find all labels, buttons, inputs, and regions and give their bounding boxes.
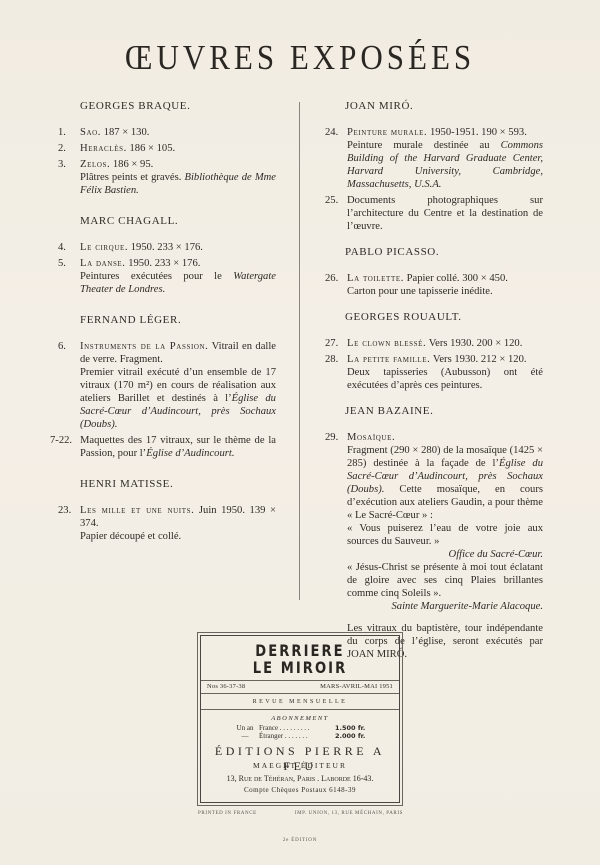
postal-account: Compte Chèques Postaux 6148-39 (201, 786, 399, 794)
entry-number: 28. (325, 353, 338, 366)
artwork-entry: 29.Mosaïque. Fragment (290 × 280) de la … (325, 431, 543, 661)
edition-label: 2e ÉDITION (0, 838, 600, 843)
colophon-box: DERRIERE LE MIROIR Nos 36-37-38 MARS-AVR… (197, 632, 403, 806)
artwork-entry: 26.La toilette. Papier collé. 300 × 450.… (325, 272, 543, 298)
artwork-details: 187 × 130. (101, 127, 149, 138)
artwork-details: Papier collé. 300 × 450. (404, 273, 508, 284)
entry-number: 2. (58, 142, 66, 155)
artwork-title: Peinture murale. (347, 127, 427, 138)
artwork-title: Les mille et une nuits. (80, 505, 194, 516)
artist-heading: PABLO PICASSO. (345, 246, 543, 259)
artwork-note: Deux tapisseries (Aubusson) ont été exéc… (347, 366, 543, 392)
artwork-title: La toilette. (347, 273, 404, 284)
right-column: JOAN MIRÓ. 24.Peinture murale. 1950-1951… (325, 100, 543, 664)
revue-label: REVUE MENSUELLE (201, 699, 399, 705)
artist-heading: JOAN MIRÓ. (345, 100, 543, 113)
quotation-attribution: Office du Sacré-Cœur. (347, 548, 543, 561)
artwork-entry: 6.Instruments de la Passion. Vitrail en … (58, 340, 276, 431)
artwork-note: Papier découpé et collé. (80, 530, 276, 543)
artwork-entry: 2.Heraclès. 186 × 105. (58, 142, 276, 155)
artwork-note: Plâtres peints et gravés. Bibliothèque d… (80, 171, 276, 197)
artwork-title: La petite famille. (347, 354, 430, 365)
artist-heading: JEAN BAZAINE. (345, 405, 543, 418)
artwork-title: Le clown blessé. (347, 338, 426, 349)
artwork-title: La danse. (80, 258, 126, 269)
artwork-entry: 25.Documents photographiques sur l’archi… (325, 194, 543, 233)
rule (201, 709, 399, 710)
subscription-row: — Étranger . . . . . . . 2.000 fr. (231, 732, 379, 740)
entry-number: 29. (325, 431, 338, 444)
artwork-title: Mosaïque. (347, 432, 395, 443)
artwork-entry: 23.Les mille et une nuits. Juin 1950. 13… (58, 504, 276, 543)
artist-heading: GEORGES ROUAULT. (345, 311, 543, 324)
entry-number: 27. (325, 337, 338, 350)
entry-number: 3. (58, 158, 66, 171)
artwork-details: 1950. 233 × 176. (126, 258, 201, 269)
artwork-entry: 7-22.Maquettes des 17 vitraux, sur le th… (58, 434, 276, 460)
entry-number: 5. (58, 257, 66, 270)
artwork-entry: 27.Le clown blessé. Vers 1930. 200 × 120… (325, 337, 543, 350)
artwork-note: Fragment (290 × 280) de la mosaïque (142… (347, 444, 543, 522)
issue-numbers: Nos 36-37-38 (207, 683, 245, 690)
subscription-row: Un an France . . . . . . . . . 1.500 fr. (231, 724, 379, 732)
issue-info: Nos 36-37-38 MARS-AVRIL-MAI 1951 (207, 683, 393, 690)
artwork-note: Premier vitrail exécuté d’un ensemble de… (80, 366, 276, 431)
rule (201, 680, 399, 681)
artwork-title: Le cirque. (80, 242, 128, 253)
entry-number: 25. (325, 194, 338, 207)
masthead: DERRIERE LE MIROIR (219, 642, 381, 676)
artwork-entry: 4.Le cirque. 1950. 233 × 176. (58, 241, 276, 254)
column-divider (299, 102, 300, 600)
quotation-attribution: Sainte Marguerite-Marie Alacoque. (347, 600, 543, 613)
artwork-entry: 28.La petite famille. Vers 1930. 212 × 1… (325, 353, 543, 392)
artist-heading: GEORGES BRAQUE. (80, 100, 276, 113)
entry-number: 26. (325, 272, 338, 285)
page-title: ŒUVRES EXPOSÉES (0, 38, 600, 78)
artwork-title: Sao. (80, 127, 101, 138)
printer-label: IMP. UNION, 13, RUE MÉCHAIN, PARIS (295, 811, 403, 816)
entry-number: 1. (58, 126, 66, 139)
artwork-note: Peintures exécutées pour le Watergate Th… (80, 270, 276, 296)
entry-number: 6. (58, 340, 66, 353)
artwork-details: 1950-1951. 190 × 593. (427, 127, 527, 138)
left-column: GEORGES BRAQUE. 1.Sao. 187 × 130. 2.Hera… (58, 100, 276, 546)
artwork-entry: 3.Zelos. 186 × 95. Plâtres peints et gra… (58, 158, 276, 197)
artwork-note: Carton pour une tapisserie inédite. (347, 285, 543, 298)
artwork-note: Peinture murale destinée au Commons Buil… (347, 139, 543, 191)
artwork-details: Vers 1930. 212 × 120. (430, 354, 526, 365)
artwork-title: Heraclès. (80, 143, 127, 154)
editor-name: MAEGHT ÉDITEUR (201, 761, 399, 770)
quotation: « Jésus-Christ se présente à moi tout éc… (347, 561, 543, 600)
entry-number: 24. (325, 126, 338, 139)
artwork-details: 186 × 95. (110, 159, 153, 170)
artwork-title: Zelos. (80, 159, 110, 170)
artwork-details: 186 × 105. (127, 143, 175, 154)
issue-date: MARS-AVRIL-MAI 1951 (320, 683, 393, 690)
entry-number: 7-22. (50, 434, 72, 447)
entry-number: 4. (58, 241, 66, 254)
artwork-entry: 5.La danse. 1950. 233 × 176. Peintures e… (58, 257, 276, 296)
page: ŒUVRES EXPOSÉES GEORGES BRAQUE. 1.Sao. 1… (0, 0, 600, 865)
artwork-details: Vers 1930. 200 × 120. (426, 338, 522, 349)
artwork-details: 1950. 233 × 176. (128, 242, 203, 253)
printed-in-label: PRINTED IN FRANCE (198, 811, 257, 816)
subscription-title: ABONNEMENT (201, 715, 399, 722)
artwork-entry: 24.Peinture murale. 1950-1951. 190 × 593… (325, 126, 543, 191)
artwork-title: Instruments de la Passion. (80, 341, 208, 352)
artist-heading: HENRI MATISSE. (80, 478, 276, 491)
quotation: « Vous puiserez l’eau de votre joie aux … (347, 522, 543, 548)
artist-heading: MARC CHAGALL. (80, 215, 276, 228)
publisher-address: 13, Rue de Téhéran, Paris . Laborde 16-4… (201, 774, 399, 783)
entry-number: 23. (58, 504, 71, 517)
artist-heading: FERNAND LÉGER. (80, 314, 276, 327)
artwork-entry: 1.Sao. 187 × 130. (58, 126, 276, 139)
rule (201, 693, 399, 694)
